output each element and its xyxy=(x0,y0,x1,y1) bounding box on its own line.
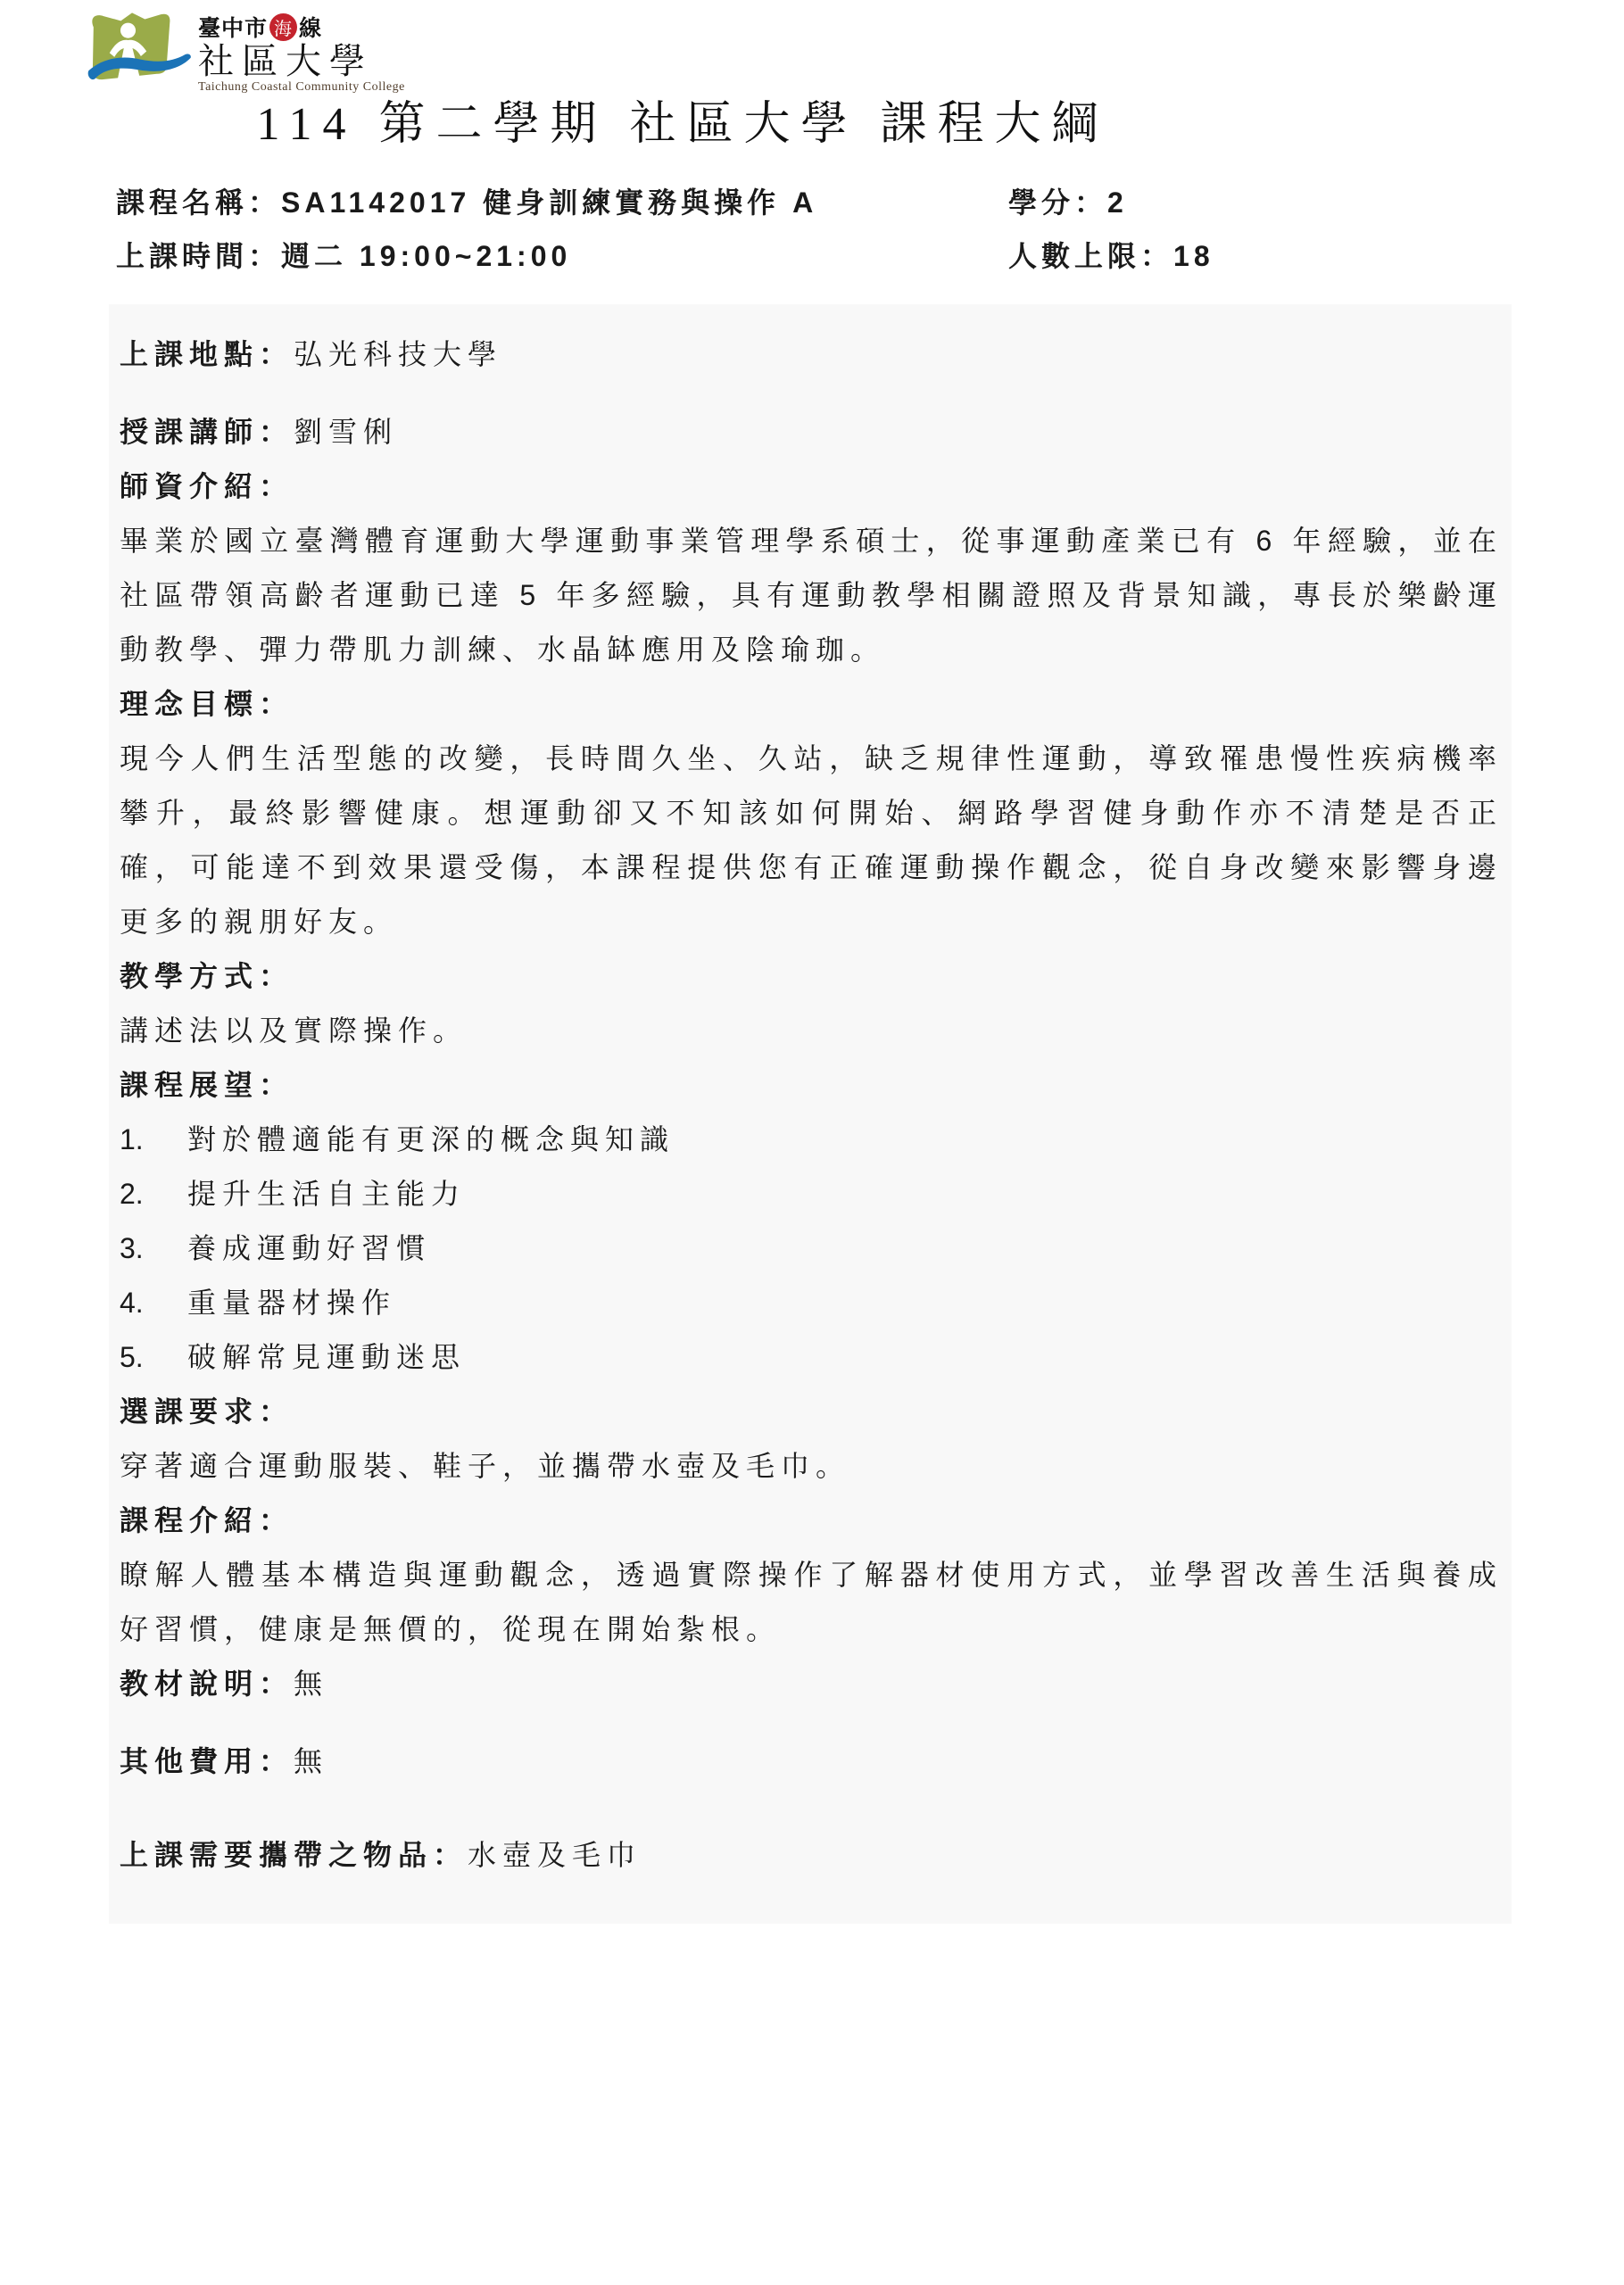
class-location-value: 弘光科技大學 xyxy=(294,338,502,370)
outlook-item-1-number: 1. xyxy=(120,1113,187,1167)
outlook-item-5-number: 5. xyxy=(120,1330,187,1385)
course-name-label: 課程名稱： xyxy=(116,186,281,219)
outlook-item-2-text: 提升生活自主能力 xyxy=(187,1167,466,1221)
teaching-method-text: 講述法以及實際操作。 xyxy=(120,1004,1503,1058)
college-line-text: 線 xyxy=(299,11,322,43)
course-outlook-heading: 課程展望： xyxy=(120,1058,1503,1113)
course-name-value: SA1142017 健身訓練實務與操作 A xyxy=(281,186,817,219)
material-row: 教材說明：無 xyxy=(120,1657,1503,1711)
goal-heading: 理念目標： xyxy=(120,677,1503,732)
other-fee-value: 無 xyxy=(294,1745,328,1777)
meta-row-2: 上課時間：週二 19:00~21:00 人數上限：18 xyxy=(116,229,1553,283)
college-logo-mark xyxy=(84,5,196,90)
outlook-item-5: 5.破解常見運動迷思 xyxy=(120,1330,1503,1385)
outlook-item-4-text: 重量器材操作 xyxy=(187,1276,396,1330)
outlook-item-1-text: 對於體適能有更深的概念與知識 xyxy=(187,1113,675,1167)
outlook-item-3-number: 3. xyxy=(120,1221,187,1276)
course-outline-page: 臺中市 海 線 社區大學 Taichung Coastal Community … xyxy=(0,0,1624,2285)
college-logo-text: 臺中市 海 線 社區大學 Taichung Coastal Community … xyxy=(198,11,405,95)
outlook-item-4: 4.重量器材操作 xyxy=(120,1276,1503,1330)
instructor-bio-heading: 師資介紹： xyxy=(120,459,1503,514)
outlook-item-2: 2.提升生活自主能力 xyxy=(120,1167,1503,1221)
class-time-label: 上課時間： xyxy=(116,240,281,272)
credits-value: 2 xyxy=(1107,186,1128,219)
course-name-field: 課程名稱：SA1142017 健身訓練實務與操作 A xyxy=(116,176,1008,229)
other-fee-label: 其他費用： xyxy=(120,1745,294,1777)
college-name-english: Taichung Coastal Community College xyxy=(198,80,405,95)
outlook-item-1: 1.對於體適能有更深的概念與知識 xyxy=(120,1113,1503,1167)
college-seal-icon: 海 xyxy=(269,13,297,41)
credits-label: 學分： xyxy=(1008,186,1107,219)
max-students-label: 人數上限： xyxy=(1008,240,1173,272)
instructor-value: 劉雪俐 xyxy=(294,416,398,448)
college-logo: 臺中市 海 線 社區大學 Taichung Coastal Community … xyxy=(84,5,405,95)
max-students-field: 人數上限：18 xyxy=(1008,229,1553,283)
items-to-bring-row: 上課需要攜帶之物品：水壺及毛巾 xyxy=(120,1828,1503,1883)
class-location-label: 上課地點： xyxy=(120,338,294,370)
selection-requirement-heading: 選課要求： xyxy=(120,1385,1503,1439)
outlook-item-3: 3.養成運動好習慣 xyxy=(120,1221,1503,1276)
class-location-row: 上課地點：弘光科技大學 xyxy=(120,327,1503,382)
course-intro-heading: 課程介紹： xyxy=(120,1494,1503,1548)
goal-text: 現今人們生活型態的改變，長時間久坐、久站，缺乏規律性運動，導致罹患慢性疾病機率攀… xyxy=(120,732,1503,949)
course-syllabus-panel: 上課地點：弘光科技大學 授課講師：劉雪俐 師資介紹： 畢業於國立臺灣體育運動大學… xyxy=(109,304,1512,1924)
logo-person-head-icon xyxy=(120,23,136,38)
outlook-item-2-number: 2. xyxy=(120,1167,187,1221)
instructor-row: 授課講師：劉雪俐 xyxy=(120,405,1503,459)
selection-requirement-text: 穿著適合運動服裝、鞋子，並攜帶水壺及毛巾。 xyxy=(120,1439,1503,1494)
items-to-bring-label: 上課需要攜帶之物品： xyxy=(120,1839,468,1871)
course-intro-text: 瞭解人體基本構造與運動觀念，透過實際操作了解器材使用方式，並學習改善生活與養成好… xyxy=(120,1548,1503,1657)
instructor-label: 授課講師： xyxy=(120,416,294,448)
credits-field: 學分：2 xyxy=(1008,176,1553,229)
instructor-bio-text: 畢業於國立臺灣體育運動大學運動事業管理學系碩士，從事運動產業已有 6 年經驗，並… xyxy=(120,514,1503,677)
college-name-chinese: 社區大學 xyxy=(198,43,405,80)
class-time-field: 上課時間：週二 19:00~21:00 xyxy=(116,229,1008,283)
meta-row-1: 課程名稱：SA1142017 健身訓練實務與操作 A 學分：2 xyxy=(116,176,1553,229)
outlook-item-4-number: 4. xyxy=(120,1276,187,1330)
college-city-text: 臺中市 xyxy=(198,11,268,43)
teaching-method-heading: 教學方式： xyxy=(120,949,1503,1004)
outlook-item-5-text: 破解常見運動迷思 xyxy=(187,1330,466,1385)
college-name-line1: 臺中市 海 線 xyxy=(198,11,405,43)
other-fee-row: 其他費用：無 xyxy=(120,1734,1503,1789)
max-students-value: 18 xyxy=(1173,240,1214,272)
material-value: 無 xyxy=(294,1668,328,1700)
material-label: 教材說明： xyxy=(120,1668,294,1700)
course-meta: 課程名稱：SA1142017 健身訓練實務與操作 A 學分：2 上課時間：週二 … xyxy=(116,176,1553,283)
class-time-value: 週二 19:00~21:00 xyxy=(281,240,571,272)
items-to-bring-value: 水壺及毛巾 xyxy=(468,1839,642,1871)
outlook-item-3-text: 養成運動好習慣 xyxy=(187,1221,431,1276)
